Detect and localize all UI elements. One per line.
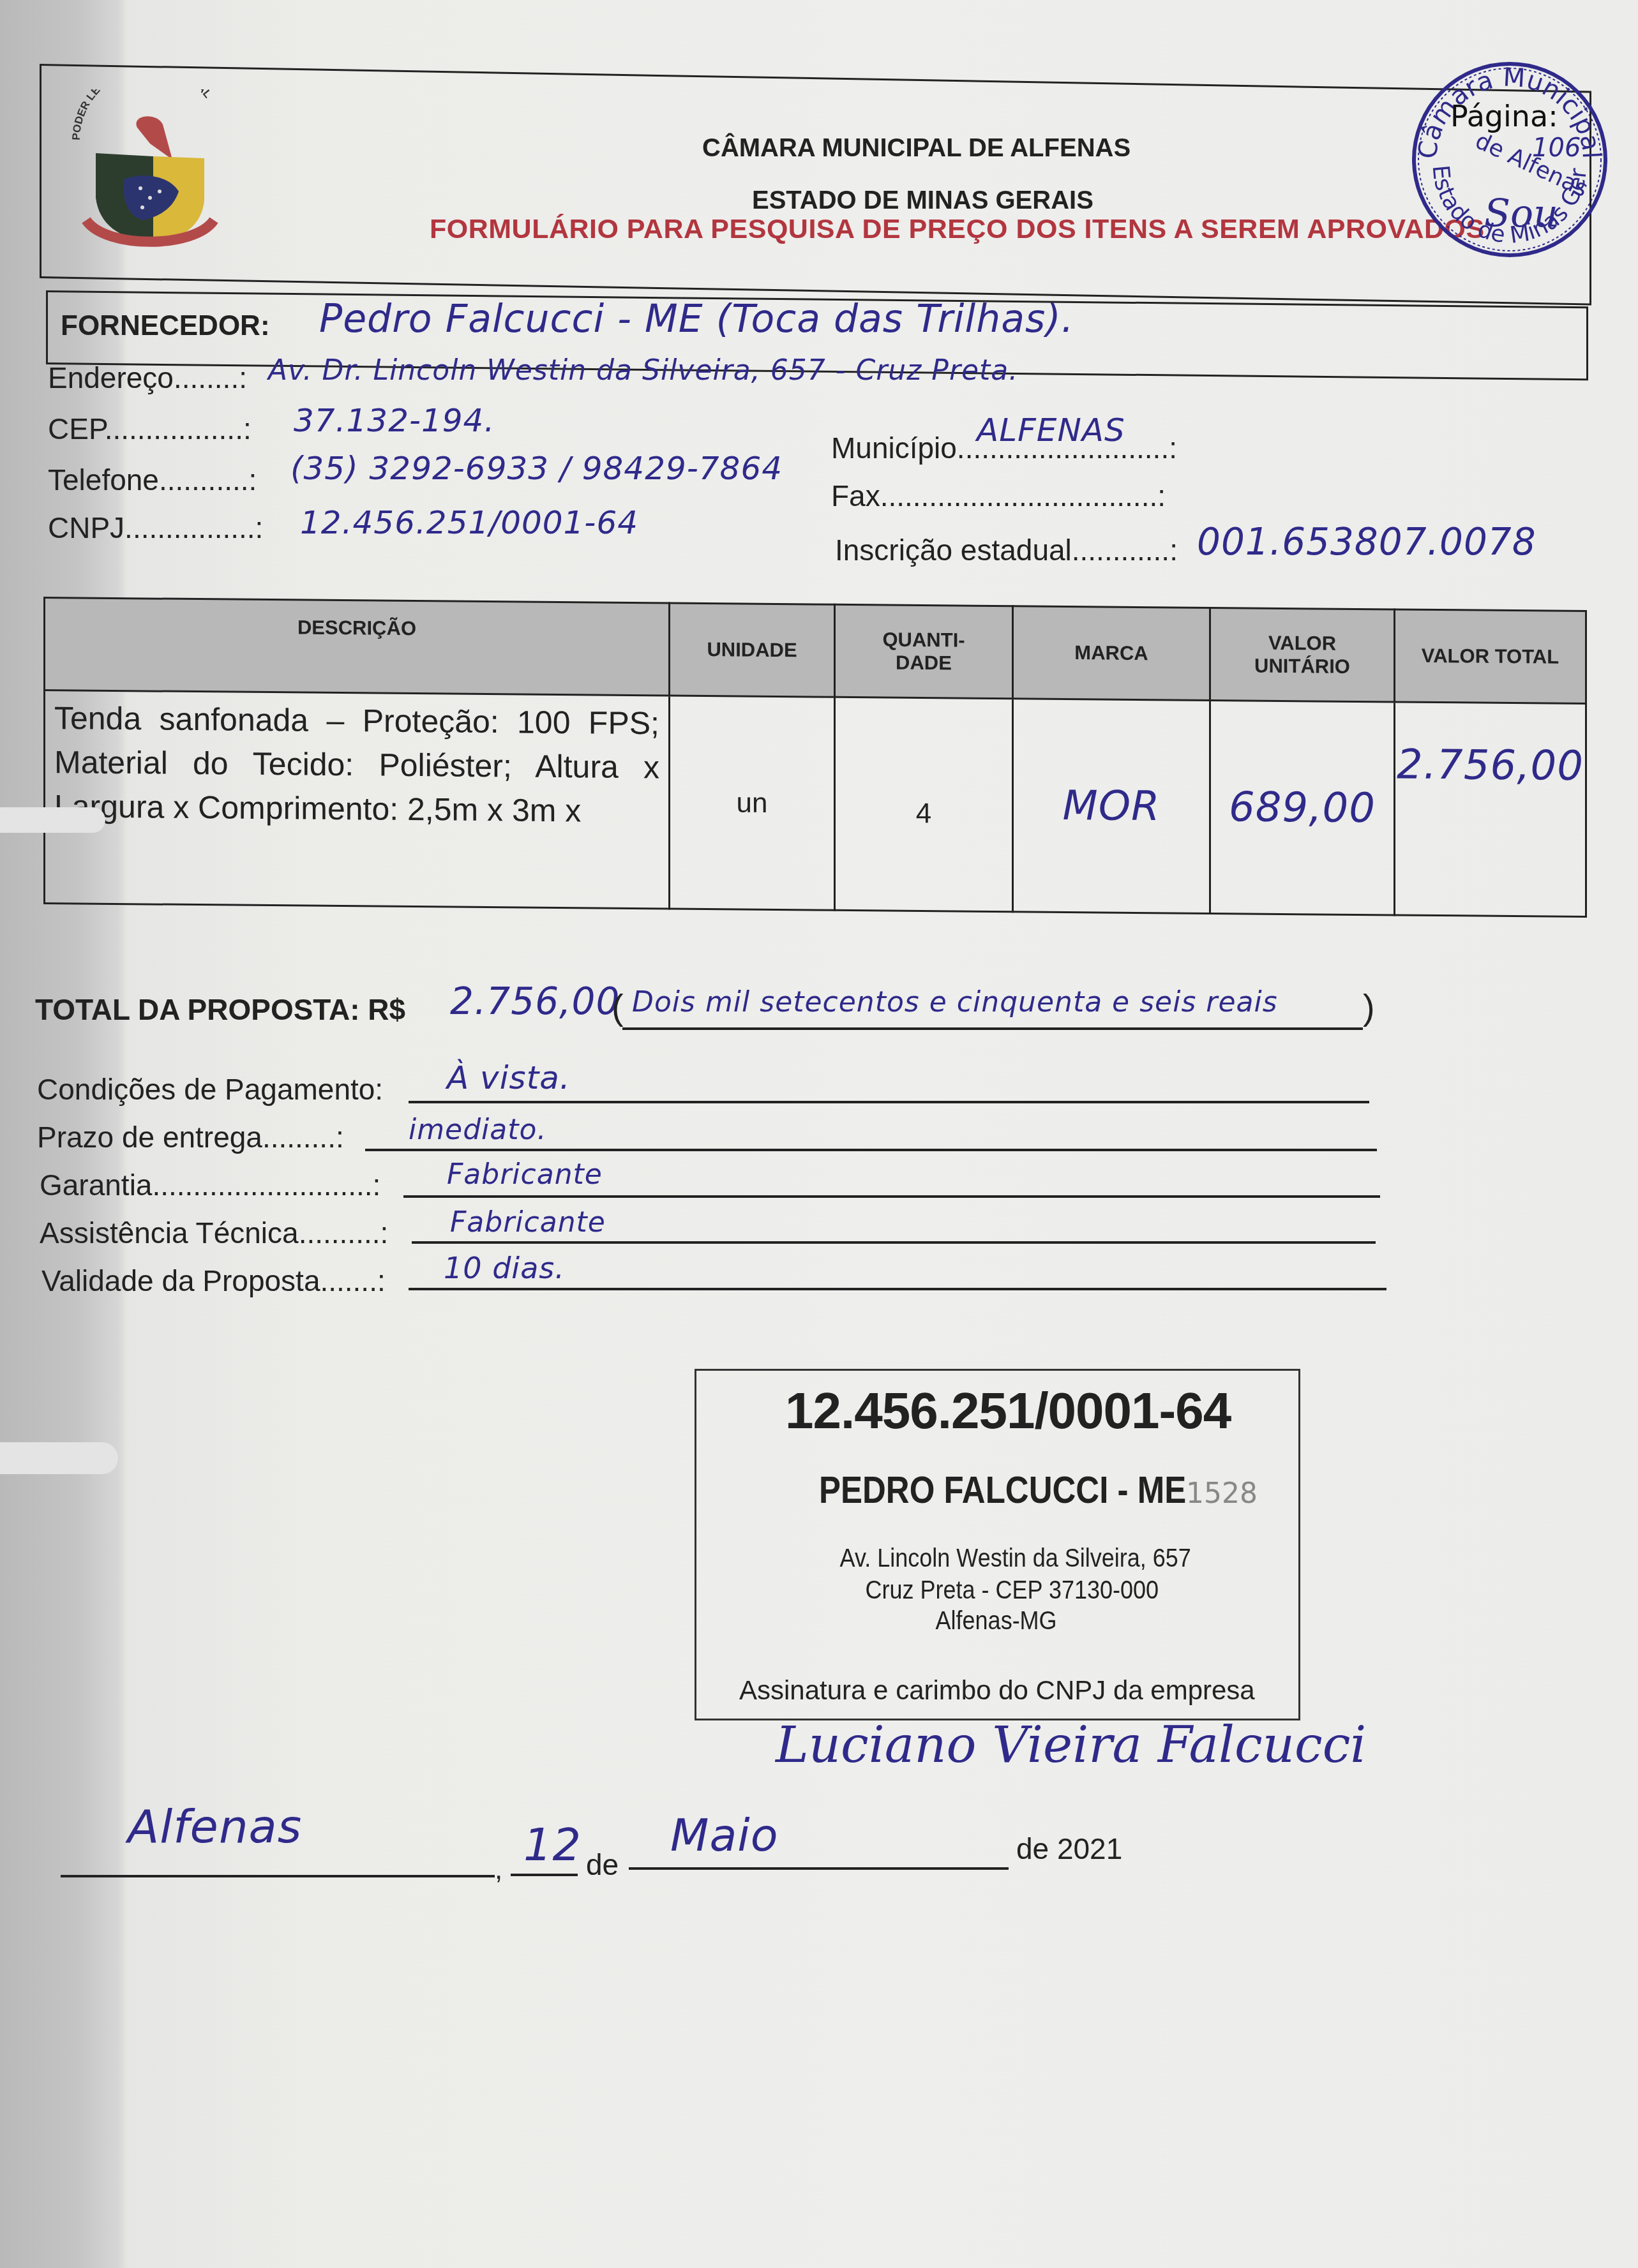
warranty-line bbox=[403, 1195, 1380, 1198]
date-day[interactable]: 12 bbox=[523, 1819, 582, 1871]
cell-valor-unitario[interactable]: 689,00 bbox=[1210, 700, 1395, 915]
validity-line bbox=[409, 1288, 1386, 1290]
total-label: TOTAL DA PROPOSTA: R$ bbox=[35, 992, 405, 1027]
total-words-value[interactable]: Dois mil setecentos e cinquenta e seis r… bbox=[632, 986, 1278, 1018]
company-stamp-address-1: Av. Lincoln Westin da Silveira, 657 bbox=[840, 1544, 1191, 1573]
delivery-line bbox=[365, 1149, 1377, 1151]
signature-caption: Assinatura e carimbo do CNPJ da empresa bbox=[739, 1675, 1255, 1706]
company-stamp-address-3: Alfenas-MG bbox=[936, 1607, 1057, 1636]
cnpj-label: CNPJ................: bbox=[48, 511, 263, 545]
payment-value[interactable]: À vista. bbox=[447, 1059, 571, 1096]
header-box bbox=[40, 64, 1591, 305]
payment-line bbox=[409, 1101, 1369, 1103]
tech-support-line bbox=[412, 1241, 1376, 1244]
total-words-close-paren: ) bbox=[1363, 986, 1375, 1027]
header-title-camara: CÂMARA MUNICIPAL DE ALFENAS bbox=[702, 134, 1131, 163]
signature[interactable]: Luciano Vieira Falcucci bbox=[776, 1717, 1366, 1774]
total-value[interactable]: 2.756,00 bbox=[450, 980, 620, 1023]
header-valor-total: VALOR TOTAL bbox=[1395, 609, 1586, 704]
delivery-label: Prazo de entrega.........: bbox=[37, 1120, 344, 1154]
date-day-line bbox=[511, 1874, 578, 1876]
tech-support-label: Assistência Técnica..........: bbox=[40, 1216, 388, 1250]
cell-marca[interactable]: MOR bbox=[1013, 699, 1210, 914]
validity-label: Validade da Proposta.......: bbox=[41, 1264, 386, 1298]
date-month-line bbox=[629, 1867, 1009, 1870]
table-row: Tenda sanfonada – Proteção: 100 FPS; Mat… bbox=[45, 690, 1586, 917]
cnpj-value[interactable]: 12.456.251/0001-64 bbox=[300, 504, 638, 541]
coat-of-arms-icon: PODER LEGISLATIVO MUNICIPAL bbox=[67, 89, 233, 255]
warranty-value[interactable]: Fabricante bbox=[447, 1158, 603, 1191]
cep-value[interactable]: 37.132-194. bbox=[294, 402, 495, 439]
form-title: FORMULÁRIO PARA PESQUISA DE PREÇO DOS IT… bbox=[430, 214, 1485, 245]
date-year: de 2021 bbox=[1016, 1832, 1122, 1866]
cell-quantidade: 4 bbox=[835, 697, 1013, 911]
coat-of-arms-logo: PODER LEGISLATIVO MUNICIPAL bbox=[67, 89, 233, 255]
date-city[interactable]: Alfenas bbox=[128, 1800, 302, 1853]
fax-label: Fax..................................: bbox=[831, 479, 1166, 513]
supplier-value[interactable]: Pedro Falcucci - ME (Toca das Trilhas). bbox=[319, 297, 1074, 341]
validity-value[interactable]: 10 dias. bbox=[444, 1251, 565, 1285]
tech-support-value[interactable]: Fabricante bbox=[450, 1206, 606, 1239]
header-descricao: DESCRIÇÃO bbox=[45, 598, 670, 696]
company-stamp-cnpj: 12.456.251/0001-64 bbox=[785, 1382, 1231, 1440]
date-city-line bbox=[61, 1875, 495, 1877]
items-table: DESCRIÇÃO UNIDADE QUANTI- DADE MARCA VAL… bbox=[43, 597, 1587, 918]
date-month[interactable]: Maio bbox=[670, 1809, 779, 1861]
date-de: de bbox=[586, 1847, 619, 1882]
header-marca: MARCA bbox=[1013, 606, 1210, 701]
payment-label: Condições de Pagamento: bbox=[37, 1072, 383, 1107]
company-stamp-address-2: Cruz Preta - CEP 37130-000 bbox=[866, 1576, 1159, 1605]
page-number-stamp: Câmara Municipal Estado de Minas Gerais … bbox=[1408, 57, 1612, 262]
inscricao-label: Inscrição estadual............: bbox=[835, 533, 1178, 567]
cell-descricao: Tenda sanfonada – Proteção: 100 FPS; Mat… bbox=[45, 690, 670, 909]
municipio-value[interactable]: ALFENAS bbox=[977, 412, 1125, 449]
warranty-label: Garantia...........................: bbox=[40, 1168, 380, 1202]
cep-label: CEP.................: bbox=[48, 412, 252, 446]
phone-label: Telefone...........: bbox=[48, 463, 257, 497]
address-value[interactable]: Av. Dr. Lincoln Westin da Silveira, 657 … bbox=[268, 354, 1018, 387]
header-unidade: UNIDADE bbox=[670, 603, 835, 697]
delivery-value[interactable]: imediato. bbox=[409, 1114, 546, 1146]
total-words-open-paren: ( bbox=[612, 986, 624, 1027]
header-title-estado: ESTADO DE MINAS GERAIS bbox=[752, 186, 1093, 215]
stamp-page-number: 106 bbox=[1532, 133, 1581, 163]
cell-valor-total[interactable]: 2.756,00 bbox=[1395, 702, 1586, 917]
page-label: Página: bbox=[1450, 99, 1558, 133]
binder-clip-bottom bbox=[0, 1442, 118, 1474]
inscricao-value[interactable]: 001.653807.0078 bbox=[1197, 520, 1537, 563]
company-stamp-name: PEDRO FALCUCCI - ME bbox=[819, 1468, 1186, 1512]
header-valor-unitario: VALOR UNITÁRIO bbox=[1210, 608, 1395, 702]
cell-unidade: un bbox=[670, 696, 835, 910]
round-stamp-icon: Câmara Municipal Estado de Minas Gerais … bbox=[1408, 57, 1612, 262]
date-comma: , bbox=[495, 1854, 502, 1886]
supplier-label: FORNECEDOR: bbox=[61, 310, 270, 342]
table-header-row: DESCRIÇÃO UNIDADE QUANTI- DADE MARCA VAL… bbox=[45, 598, 1586, 704]
header-quantidade: QUANTI- DADE bbox=[835, 604, 1013, 698]
address-label: Endereço........: bbox=[48, 361, 247, 395]
company-stamp-code: 1528 bbox=[1186, 1477, 1258, 1510]
total-words-line bbox=[622, 1027, 1363, 1030]
phone-value[interactable]: (35) 3292-6933 / 98429-7864 bbox=[290, 450, 783, 487]
stamp-initials: Sou bbox=[1484, 191, 1558, 236]
binder-clip-top bbox=[0, 807, 105, 833]
